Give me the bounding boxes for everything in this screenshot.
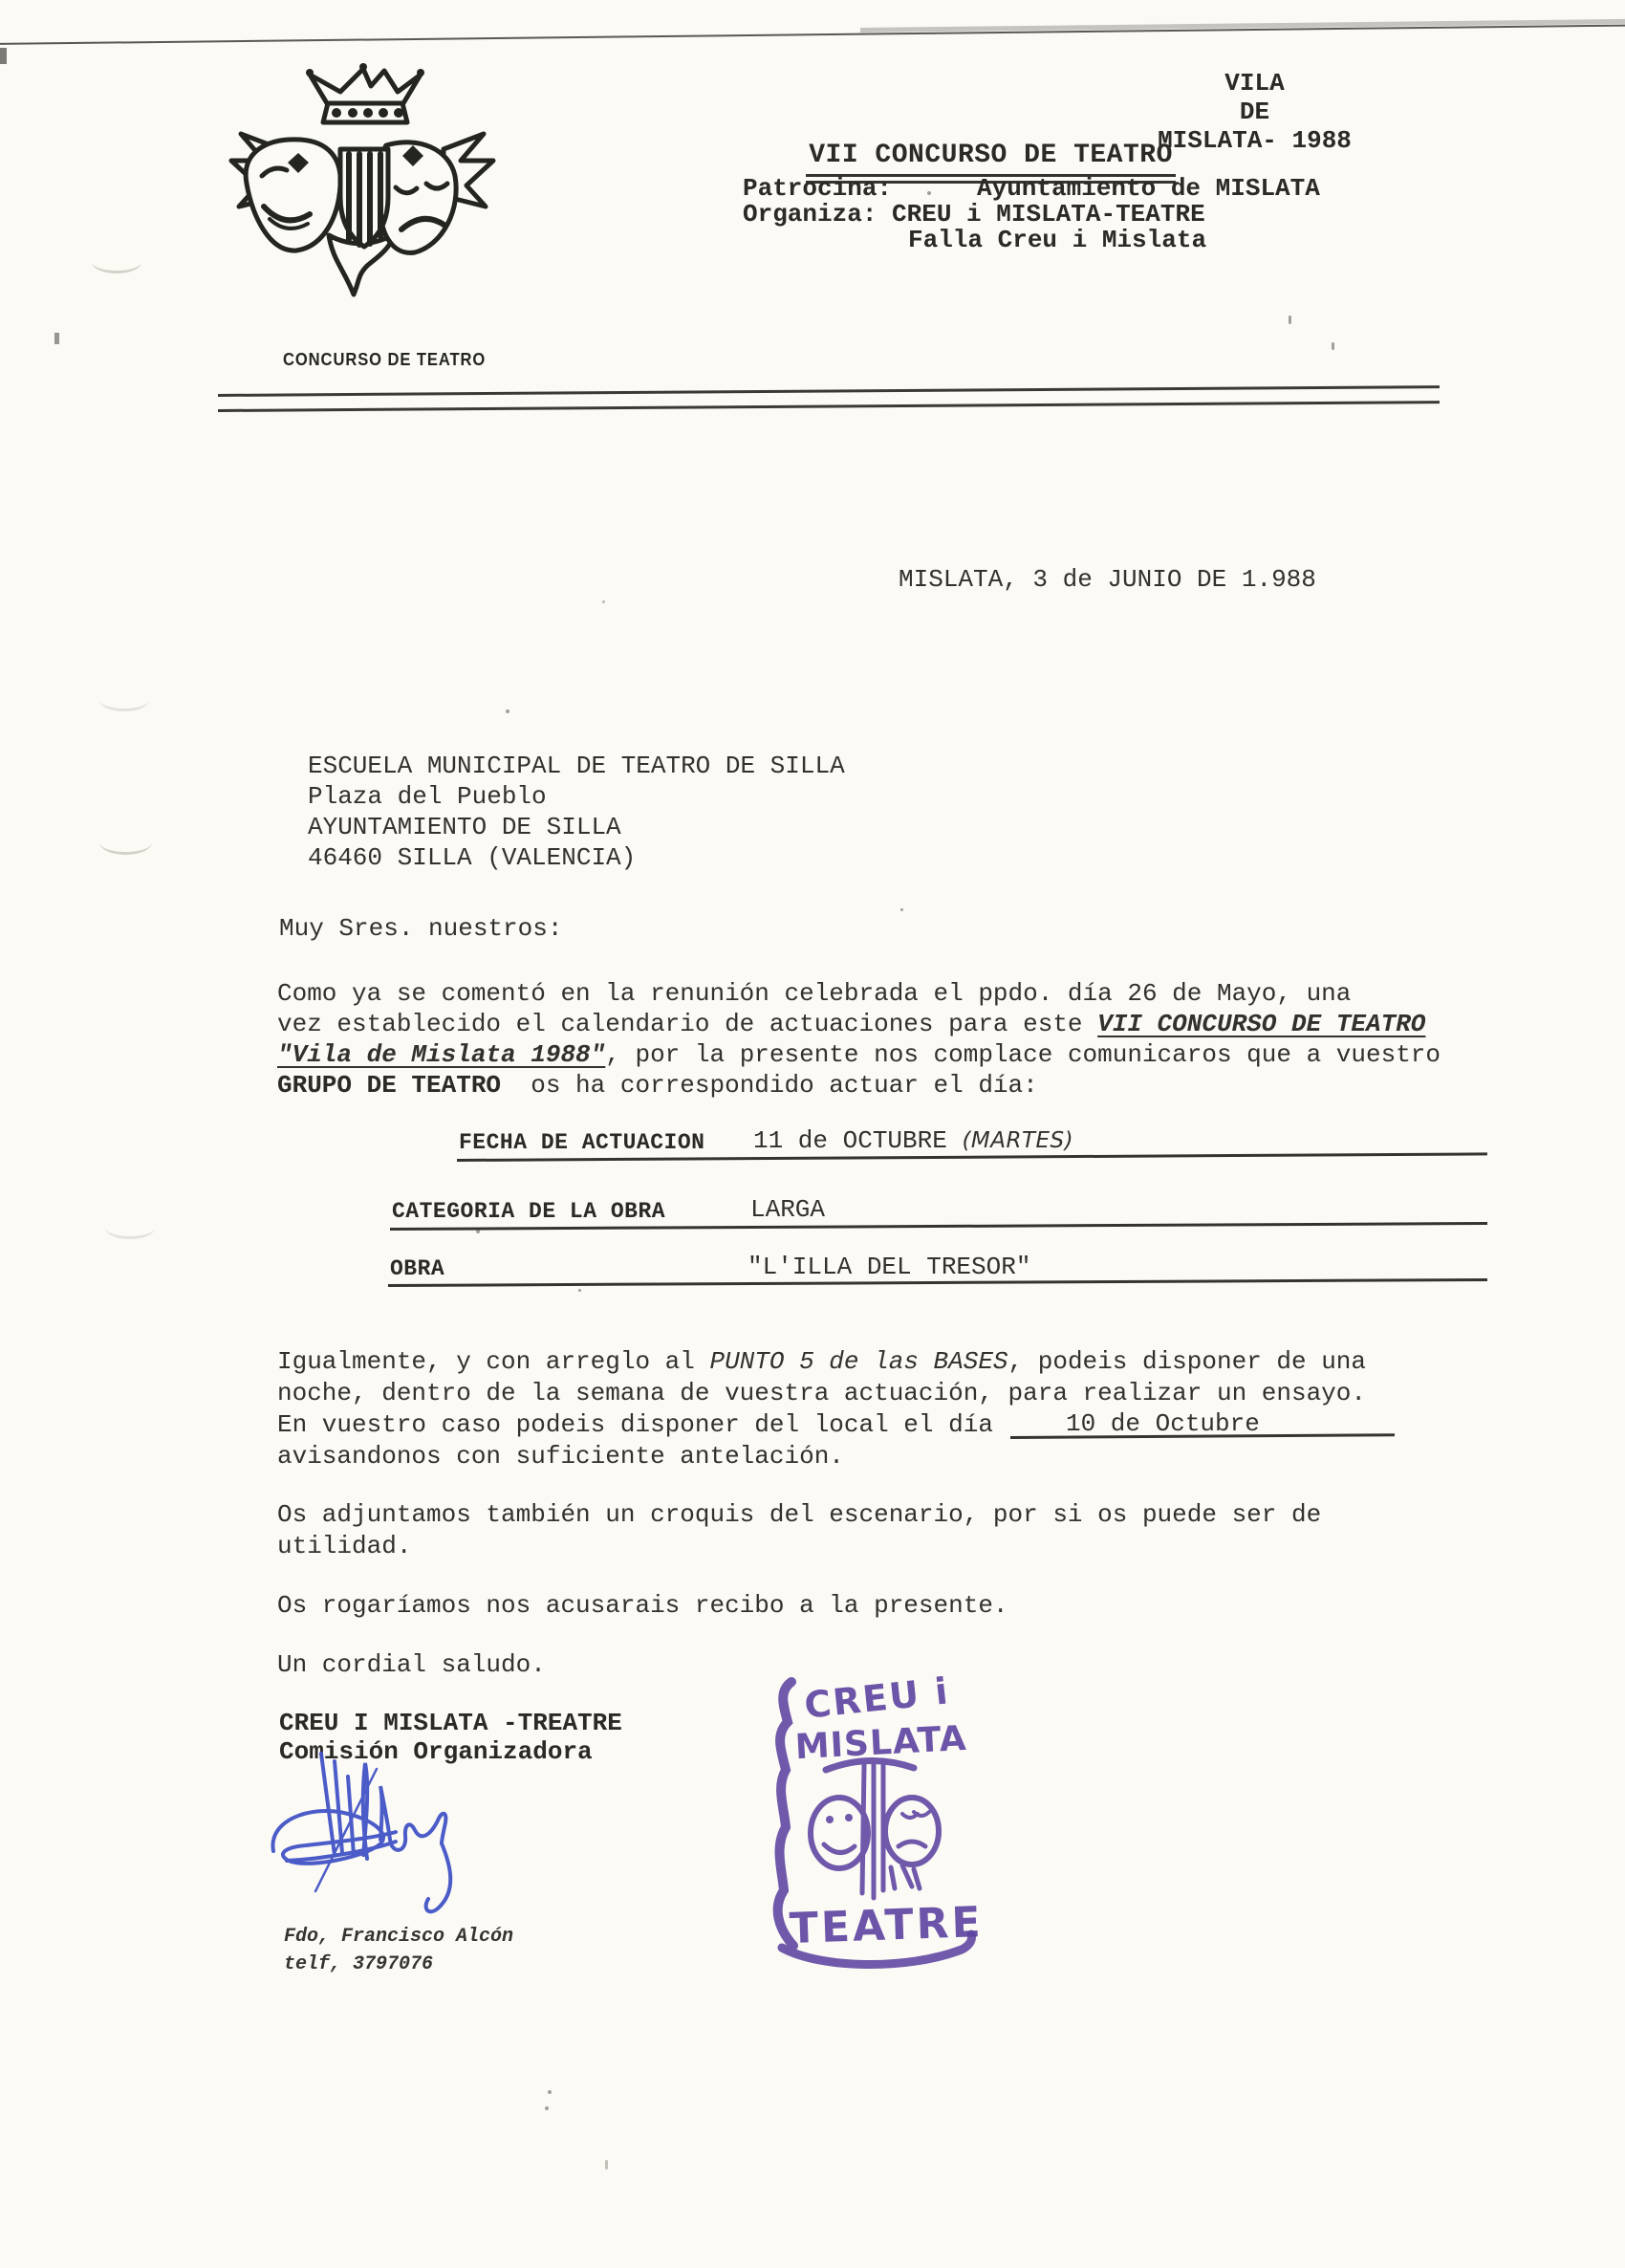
paragraph-line: Os adjuntamos también un croquis del esc…: [277, 1499, 1321, 1531]
paragraph-line: noche, dentro de la semana de vuestra ac…: [277, 1378, 1366, 1409]
emphasis-contest-edition: "Vila de Mislata 1988": [277, 1040, 605, 1069]
paragraph-1: Como ya se comentó en la renunión celebr…: [277, 978, 1441, 1101]
scan-speck: [578, 1289, 581, 1292]
organizer-line2: Falla Creu i Mislata: [908, 227, 1206, 254]
punch-hole-shadow: [92, 251, 141, 273]
field-label-fecha-actuacion: FECHA DE ACTUACION: [459, 1130, 704, 1155]
closing-salute: Un cordial saludo.: [277, 1651, 546, 1679]
field-value-obra: "L'ILLA DEL TRESOR": [747, 1253, 1030, 1281]
paragraph-3: Os adjuntamos también un croquis del esc…: [277, 1499, 1321, 1562]
scan-edge-nub: [54, 333, 59, 344]
comedy-mask-icon: [246, 140, 340, 251]
signature-ink: [260, 1748, 485, 1930]
organizer-line: Organiza: CREU i MISLATA-TEATRE: [743, 201, 1205, 229]
rehearsal-date-fill: 10 de Octubre: [1066, 1410, 1260, 1438]
recipient-line: Plaza del Pueblo: [308, 781, 845, 812]
paragraph-line: utilidad.: [277, 1531, 1321, 1562]
scanned-letter-page: CONCURSO DE TEATRO VILA DE MISLATA- 1988…: [0, 0, 1625, 2268]
signer-phone: telf, 3797076: [284, 1953, 433, 1975]
punch-hole-shadow: [99, 830, 152, 855]
scan-speck: [900, 908, 903, 911]
stamp-text-creu: CREU i: [802, 1669, 951, 1727]
emphasis-group: GRUPO DE TEATRO: [277, 1071, 501, 1100]
scan-speck: [506, 709, 509, 713]
punch-hole-shadow: [99, 688, 149, 711]
sponsor-value: Ayuntamiento de MISLATA: [977, 175, 1320, 203]
recipient-address: ESCUELA MUNICIPAL DE TEATRO DE SILLA Pla…: [308, 751, 845, 873]
field-label-categoria: CATEGORIA DE LA OBRA: [392, 1199, 665, 1224]
creu-i-mislata-teatre-stamp: CREU i MISLATA TEATRE: [763, 1668, 987, 1979]
event-location-line: VILA: [1133, 69, 1376, 98]
theater-masks-crown-logo: [214, 63, 512, 304]
scan-edge-nub: [0, 48, 7, 64]
scan-speck: [548, 2090, 552, 2094]
date-line: MISLATA, 3 de JUNIO DE 1.988: [899, 566, 1316, 594]
paragraph-line: "Vila de Mislata 1988", por la presente …: [277, 1039, 1441, 1070]
paragraph-line: vez establecido el calendario de actuaci…: [277, 1009, 1441, 1039]
recipient-line: 46460 SILLA (VALENCIA): [308, 842, 845, 873]
scan-speck: [605, 2160, 608, 2170]
emphasis-contest-name: VII CONCURSO DE TEATRO: [1097, 1010, 1425, 1038]
scan-speck: [927, 191, 931, 195]
signer-name: Fdo, Francisco Alcón: [284, 1926, 513, 1948]
scan-speck: [1332, 342, 1334, 350]
stamp-text-mislata: MISLATA: [794, 1719, 968, 1767]
paragraph-line: Como ya se comentó en la renunión celebr…: [277, 978, 1441, 1009]
paragraph-4: Os rogaríamos nos acusarais recibo a la …: [277, 1592, 1008, 1620]
sponsor-label: Patrocina:: [743, 175, 892, 203]
field-value-categoria: LARGA: [750, 1195, 825, 1224]
header-divider: [218, 385, 1440, 397]
stamp-comedy-mask: [811, 1798, 868, 1868]
stamp-tragedy-mask: [885, 1798, 939, 1865]
header-divider: [218, 401, 1440, 412]
field-value-fecha-actuacion: 11 de OCTUBRE (MARTES): [753, 1126, 1073, 1155]
scan-speck: [1289, 316, 1291, 324]
crown-icon: [310, 69, 421, 103]
closing-org-name: CREU I MISLATA -TREATRE: [279, 1710, 622, 1737]
recipient-line: ESCUELA MUNICIPAL DE TEATRO DE SILLA: [308, 751, 845, 781]
scan-speck: [476, 1230, 480, 1233]
punch-hole-shadow: [105, 1216, 155, 1239]
paragraph-line: avisandonos con suficiente antelación.: [277, 1441, 1366, 1472]
recipient-line: AYUNTAMIENTO DE SILLA: [308, 812, 845, 842]
paragraph-line: GRUPO DE TEATRO os ha correspondido actu…: [277, 1070, 1441, 1101]
scan-edge-line: [0, 24, 1625, 45]
scan-speck: [545, 2106, 549, 2110]
field-label-obra: OBRA: [390, 1256, 444, 1281]
stamp-text-teatre: TEATRE: [789, 1898, 984, 1953]
paragraph-line: Igualmente, y con arreglo al PUNTO 5 de …: [277, 1346, 1366, 1378]
salutation: Muy Sres. nuestros:: [279, 915, 562, 943]
logo-caption: CONCURSO DE TEATRO: [283, 350, 486, 370]
emphasis-bases: PUNTO 5 de las BASES: [709, 1347, 1007, 1376]
handwritten-weekday: (MARTES): [962, 1128, 1073, 1153]
scan-speck: [602, 600, 605, 603]
